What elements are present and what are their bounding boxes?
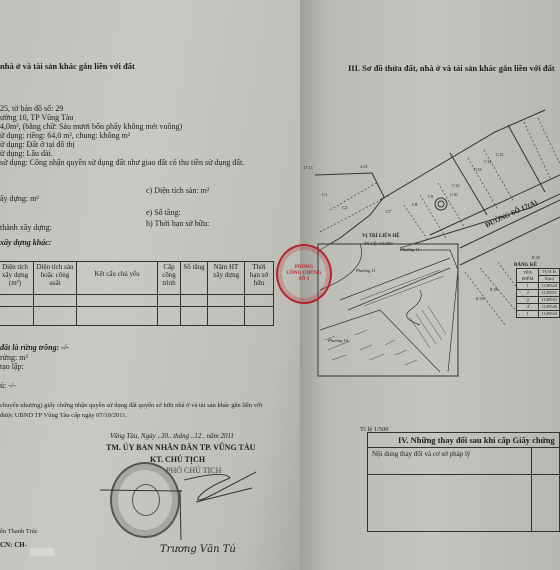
coord-header: TỌA Đ [539, 269, 560, 276]
lot-label: C9 [428, 192, 433, 201]
signer-name: Trương Văn Tú [160, 544, 236, 555]
table-row: 41149546 [517, 304, 560, 311]
location-scale: TỶ LỆ: 1/5.000 [364, 239, 393, 248]
notary-stamp: PHÒNG CÔNG CHỨNG SỐ 1 [276, 244, 332, 304]
lot-label: C10 [450, 190, 458, 199]
coordinate-table: TÊN ĐIỂMTỌA Đ X(m) 11149544 21149551 311… [516, 268, 560, 318]
ward-label: Phường 11 [356, 266, 376, 275]
stamp-text: SỐ 1 [299, 277, 309, 283]
dimension-label: 17.11 [303, 163, 313, 172]
certificate-number-redacted [30, 548, 54, 556]
lot-label: C7 [386, 207, 391, 216]
certificate-number-label: CN: CH- [0, 541, 27, 550]
lot-label: C15 [496, 150, 504, 159]
table-row: 21149551 [517, 290, 560, 297]
table-row: 31149553 [517, 297, 560, 304]
changes-column: Nội dung thay đổi và cơ sở pháp lý [368, 448, 532, 475]
ward-label: Phường 10 [328, 336, 348, 345]
coord-subheader: X(m) [539, 276, 560, 283]
coord-header: TÊN ĐIỂM [517, 269, 539, 283]
ward-label: Phường 11 [400, 245, 420, 254]
lot-label: C2 [342, 203, 347, 212]
table-row: 11149544 [517, 283, 560, 290]
recipient-name: ễn Thanh Trúc [0, 527, 38, 536]
dimension-label: 2.01 [360, 162, 368, 171]
left-page: nhà ở và tài sản khác gắn liền với đất 2… [0, 0, 300, 570]
changes-heading: IV. Những thay đổi sau khi cấp Giấy chứn… [368, 433, 560, 448]
dimension-label: 8.34 [476, 294, 484, 303]
lot-label: C1 [322, 190, 327, 199]
table-row: 11149544 [517, 311, 560, 318]
signature-strokes [0, 0, 300, 570]
dimension-label: 8.38 [490, 285, 498, 294]
changes-table: IV. Những thay đổi sau khi cấp Giấy chứn… [367, 432, 560, 532]
lot-label: C13 [474, 165, 482, 174]
lot-label: C12 [452, 181, 460, 190]
table-row [368, 475, 560, 532]
lot-label: C14 [484, 157, 492, 166]
lot-label: C8 [412, 200, 417, 209]
